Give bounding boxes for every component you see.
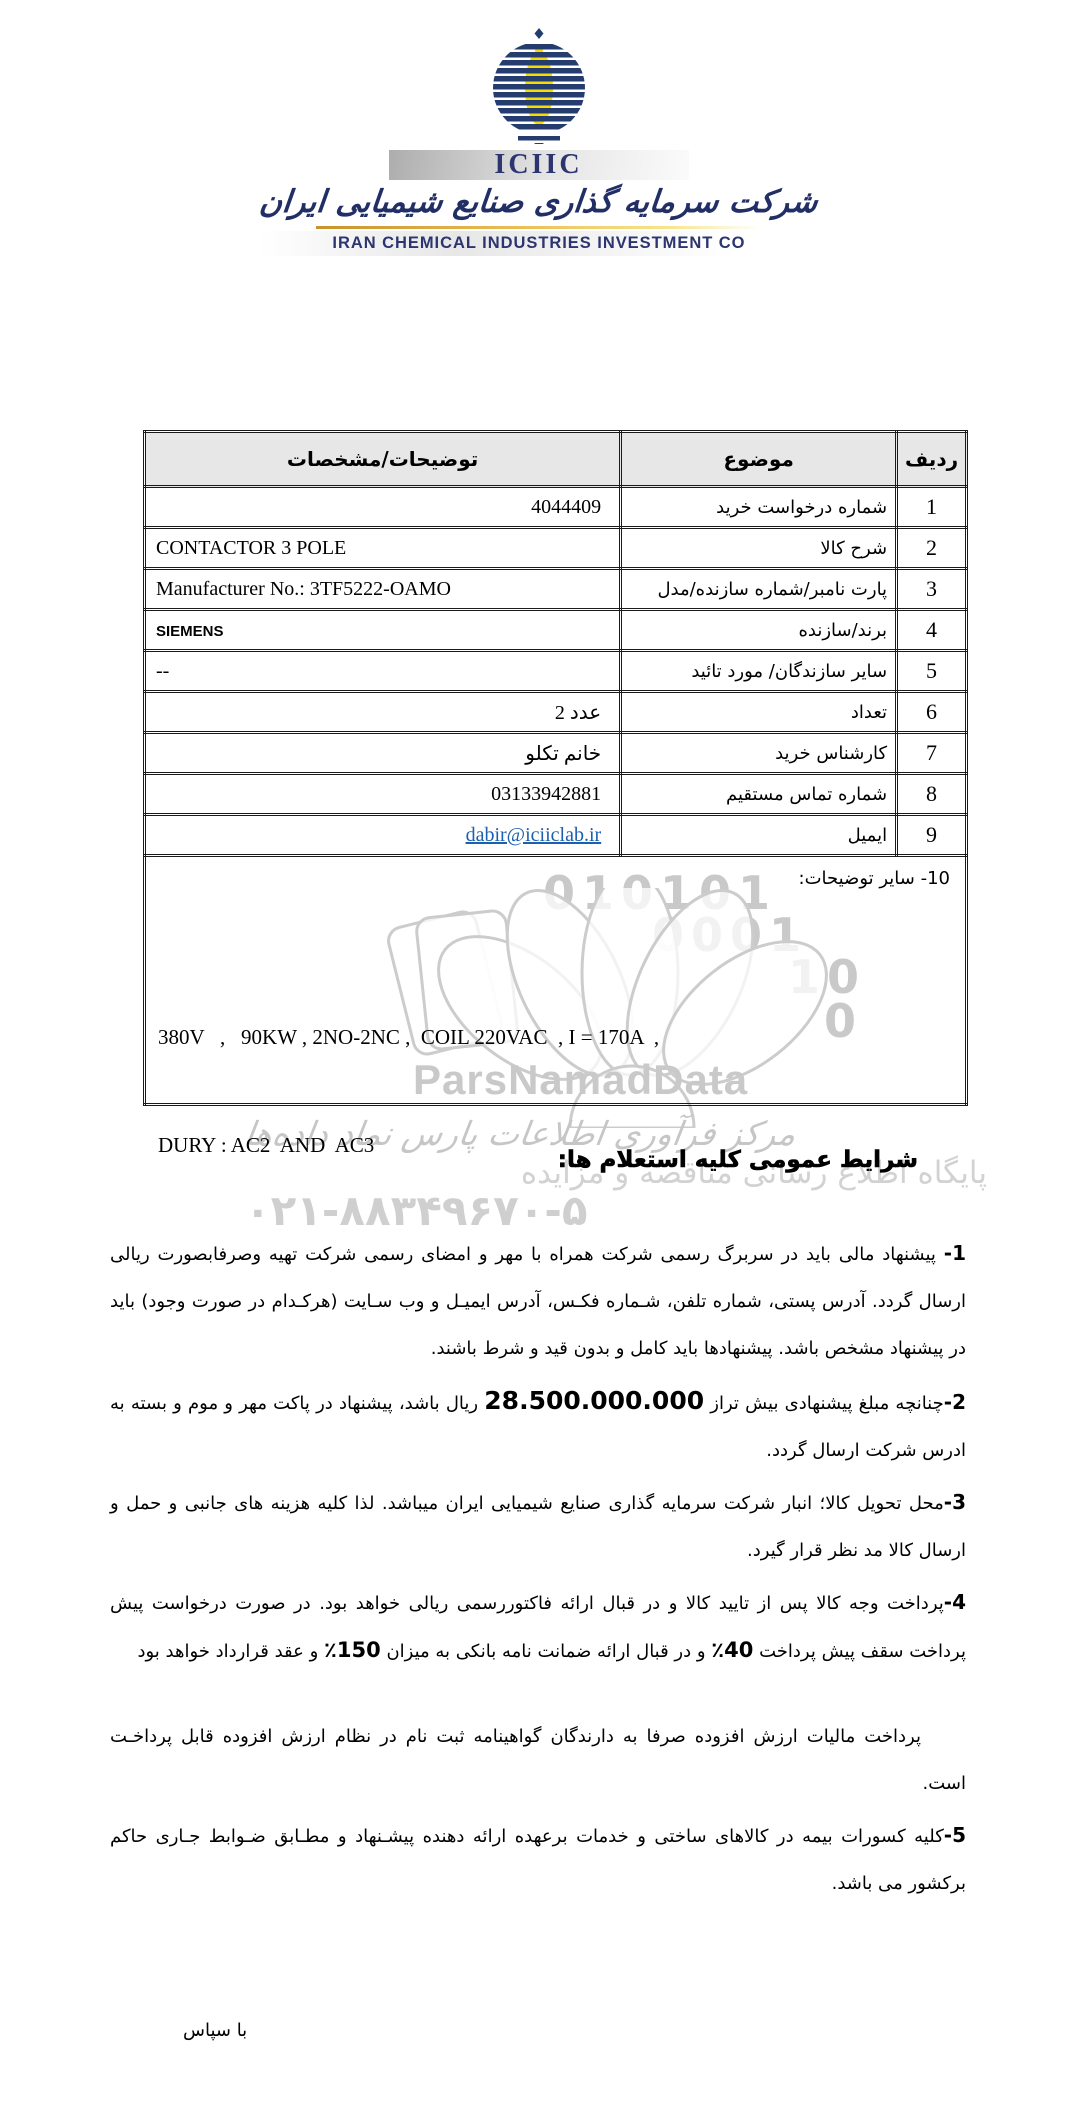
term-2-text-pre: چنانچه مبلغ پیشنهادی بیش تراز [710, 1393, 943, 1414]
term-4-text-post: و عقد قرارداد خواهد بود [137, 1641, 318, 1662]
closing-thanks: با سپاس [183, 2020, 247, 2041]
term-5-text: کلیه کسورات بیمه در کالاهای ساختی و خدما… [110, 1826, 966, 1894]
term-item-5: 5-کلیه کسورات بیمه در کالاهای ساختی و خد… [110, 1812, 966, 1907]
row-subject: شماره درخواست خرید [621, 487, 897, 528]
row-number: 3 [897, 569, 967, 610]
threshold-amount: 28.500.000.000 [484, 1386, 704, 1415]
company-name-persian: شرکت سرمایه گذاری صنایع شیمیایی ایران [0, 184, 1077, 220]
row-number: 1 [897, 487, 967, 528]
prepayment-percent: 40٪ [711, 1638, 753, 1662]
header-details: توضیحات/مشخصات [145, 432, 621, 487]
term-item-1: 1- پیشنهاد مالی باید در سربرگ رسمی شرکت … [110, 1230, 966, 1372]
technical-specs: 380V , 90KW , 2NO-2NC , COIL 220VAC , I … [158, 947, 659, 1235]
company-abbreviation: ICIIC [494, 149, 582, 181]
item-description-value: CONTACTOR 3 POLE [145, 528, 621, 569]
term-item-vat: پرداخت مالیات ارزش افزوده صرفا به دارندگ… [110, 1713, 966, 1807]
table-row: 4 برند/سازنده SIEMENS [145, 610, 967, 651]
terms-section: 1- پیشنهاد مالی باید در سربرگ رسمی شرکت … [110, 1230, 966, 1912]
buyer-expert-value: خانم تکلو [145, 733, 621, 774]
header-row-number: ردیف [897, 432, 967, 487]
table-header-row: ردیف موضوع توضیحات/مشخصات [145, 432, 967, 487]
table-row: 5 سایر سازندگان/ مورد تائید -- [145, 651, 967, 692]
table-row: 9 ایمیل dabir@iciiclab.ir [145, 815, 967, 856]
term-3-text: محل تحویل کالا؛ انبار شرکت سرمایه گذاری … [110, 1493, 966, 1561]
term-4-number: 4- [944, 1590, 966, 1614]
other-notes-cell: 10- سایر توضیحات: 380V , 90KW , 2NO-2NC … [145, 856, 967, 1105]
table-row: 8 شماره تماس مستقیم 03133942881 [145, 774, 967, 815]
row-number: 2 [897, 528, 967, 569]
company-name-band: IRAN CHEMICAL INDUSTRIES INVESTMENT CO [259, 231, 819, 256]
term-5-number: 5- [944, 1823, 966, 1847]
phone-value: 03133942881 [145, 774, 621, 815]
brand-text: SIEMENS [156, 623, 224, 640]
brand-value: SIEMENS [145, 610, 621, 651]
term-1-text: پیشنهاد مالی باید در سربرگ رسمی شرکت همر… [110, 1244, 966, 1359]
guarantee-percent: 150٪ [324, 1638, 381, 1662]
table-row: 2 شرح کالا CONTACTOR 3 POLE [145, 528, 967, 569]
row-number: 9 [897, 815, 967, 856]
term-4-text-mid: و در قبال ارائه ضمانت نامه بانکی به میزا… [386, 1641, 705, 1662]
term-item-2: 2-چنانچه مبلغ پیشنهادی بیش تراز 28.500.0… [110, 1377, 966, 1474]
company-letterhead: ICIIC شرکت سرمایه گذاری صنایع شیمیایی ای… [0, 28, 1077, 256]
iciic-logo-icon [489, 28, 589, 144]
row-subject: شرح کالا [621, 528, 897, 569]
row-subject: برند/سازنده [621, 610, 897, 651]
terms-heading: شرایط عمومی کلیه استعلام ها: [558, 1147, 918, 1173]
part-number-value: Manufacturer No.: 3TF5222-OAMO [145, 569, 621, 610]
spec-line-1: 380V , 90KW , 2NO-2NC , COIL 220VAC , I … [158, 1019, 659, 1055]
email-value: dabir@iciiclab.ir [145, 815, 621, 856]
row-subject: تعداد [621, 692, 897, 733]
quantity-value: 2 عدد [145, 692, 621, 733]
row-subject: پارت نامبر/شماره سازنده/مدل [621, 569, 897, 610]
request-number-value: 4044409 [145, 487, 621, 528]
term-item-4: 4-پرداخت وجه کالا پس از تایید کالا و در … [110, 1579, 966, 1675]
row-number: 4 [897, 610, 967, 651]
email-link[interactable]: dabir@iciiclab.ir [466, 824, 602, 846]
row-number: 5 [897, 651, 967, 692]
purchase-request-table: ردیف موضوع توضیحات/مشخصات 1 شماره درخواس… [143, 430, 968, 1106]
row-subject: کارشناس خرید [621, 733, 897, 774]
term-item-3: 3-محل تحویل کالا؛ انبار شرکت سرمایه گذار… [110, 1479, 966, 1574]
row-subject: سایر سازندگان/ مورد تائید [621, 651, 897, 692]
other-makers-value: -- [145, 651, 621, 692]
table-row: 6 تعداد 2 عدد [145, 692, 967, 733]
row-number: 8 [897, 774, 967, 815]
company-name-english: IRAN CHEMICAL INDUSTRIES INVESTMENT CO [332, 233, 745, 253]
row-subject: شماره تماس مستقیم [621, 774, 897, 815]
row-number: 6 [897, 692, 967, 733]
row-subject: ایمیل [621, 815, 897, 856]
header-subject: موضوع [621, 432, 897, 487]
term-2-number: 2- [944, 1390, 966, 1414]
gold-divider [316, 226, 761, 229]
other-notes-label: 10- سایر توضیحات: [147, 858, 964, 889]
document-page: ICIIC شرکت سرمایه گذاری صنایع شیمیایی ای… [0, 0, 1077, 2105]
table-row: 3 پارت نامبر/شماره سازنده/مدل Manufactur… [145, 569, 967, 610]
table-row: 7 کارشناس خرید خانم تکلو [145, 733, 967, 774]
term-3-number: 3- [944, 1490, 966, 1514]
table-row: 1 شماره درخواست خرید 4044409 [145, 487, 967, 528]
row-number: 7 [897, 733, 967, 774]
table-notes-row: 10- سایر توضیحات: 380V , 90KW , 2NO-2NC … [145, 856, 967, 1105]
iciic-abbr-band: ICIIC [389, 150, 689, 180]
term-1-number: 1- [944, 1241, 966, 1265]
